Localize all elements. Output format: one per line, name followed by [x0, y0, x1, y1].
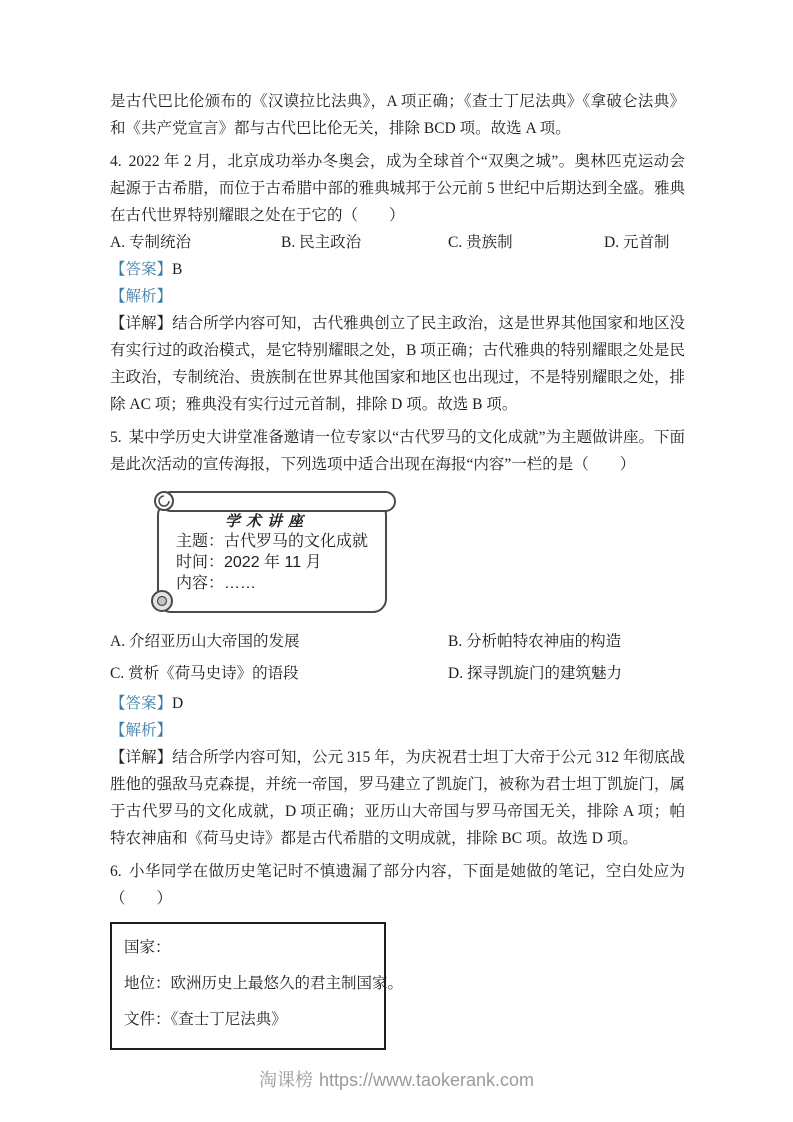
question-5-detail: 【详解】结合所学内容可知，公元 315 年，为庆祝君士坦丁大帝于公元 312 年… — [110, 744, 685, 852]
question-6-text: 小华同学在做历史笔记时不慎遗漏了部分内容，下面是她做的笔记，空白处应为（ ） — [110, 863, 685, 907]
question-5-stem: 5.某中学历史大讲堂准备邀请一位专家以“古代罗马的文化成就”为主题做讲座。下面是… — [110, 424, 685, 478]
question-5-option-b: B. 分析帕特农神庙的构造 — [448, 628, 621, 655]
detail-label: 【详解】 — [110, 315, 172, 332]
history-note-box: 国家： 地位：欧洲历史上最悠久的君主制国家。 文件：《查士丁尼法典》 — [110, 922, 386, 1050]
previous-answer-tail: 是古代巴比伦颁布的《汉谟拉比法典》，A 项正确；《查士丁尼法典》《拿破仑法典》和… — [110, 88, 685, 142]
question-4-stem: 4.2022 年 2 月，北京成功举办冬奥会，成为全球首个“双奥之城”。奥林匹克… — [110, 148, 685, 229]
question-4-answer-line: 【答案】B — [110, 256, 685, 283]
answer-label: 【答案】 — [110, 261, 172, 278]
note-status-line: 地位：欧洲历史上最悠久的君主制国家。 — [124, 966, 372, 1002]
question-5-detail-text: 结合所学内容可知，公元 315 年，为庆祝君士坦丁大帝于公元 312 年彻底战胜… — [110, 749, 685, 847]
page-footer: 淘课榜https://www.taokerank.com — [0, 1066, 793, 1092]
question-6-stem: 6.小华同学在做历史笔记时不慎遗漏了部分内容，下面是她做的笔记，空白处应为（ ） — [110, 858, 685, 912]
question-5-option-c: C. 赏析《荷马史诗》的语段 — [110, 660, 299, 687]
document-body: 是古代巴比伦颁布的《汉谟拉比法典》，A 项正确；《查士丁尼法典》《拿破仑法典》和… — [110, 88, 685, 1050]
question-4-options: A. 专制统治 B. 民主政治 C. 贵族制 D. 元首制 — [110, 229, 685, 256]
question-5-answer-value: D — [172, 695, 183, 712]
question-4-option-d: D. 元首制 — [604, 229, 669, 256]
question-4-analysis-line: 【解析】 — [110, 283, 685, 310]
answer-label: 【答案】 — [110, 695, 172, 712]
note-document-line: 文件：《查士丁尼法典》 — [124, 1002, 372, 1038]
question-5-options: A. 介绍亚历山大帝国的发展 B. 分析帕特农神庙的构造 C. 赏析《荷马史诗》… — [110, 626, 685, 690]
question-4-option-a: A. 专制统治 — [110, 229, 191, 256]
question-5-text: 某中学历史大讲堂准备邀请一位专家以“古代罗马的文化成就”为主题做讲座。下面是此次… — [110, 429, 685, 473]
analysis-label: 【解析】 — [110, 722, 172, 739]
question-5-answer-line: 【答案】D — [110, 690, 685, 717]
question-4-option-b: B. 民主政治 — [281, 229, 361, 256]
question-4-option-c: C. 贵族制 — [448, 229, 513, 256]
question-5-option-a: A. 介绍亚历山大帝国的发展 — [110, 628, 299, 655]
lecture-poster: 学术讲座 主题：古代罗马的文化成就 时间：2022 年 11 月 内容：…… — [148, 486, 400, 616]
question-6-number: 6. — [110, 863, 122, 880]
question-4-number: 4. — [110, 153, 122, 170]
poster-content-line: 内容：…… — [176, 570, 256, 597]
analysis-label: 【解析】 — [110, 288, 172, 305]
detail-label: 【详解】 — [110, 749, 172, 766]
question-4-answer-value: B — [172, 261, 182, 278]
question-4-text: 2022 年 2 月，北京成功举办冬奥会，成为全球首个“双奥之城”。奥林匹克运动… — [110, 153, 685, 224]
question-5-number: 5. — [110, 429, 122, 446]
footer-site-name: 淘课榜 — [259, 1070, 313, 1090]
note-country-line: 国家： — [124, 930, 372, 966]
footer-url: https://www.taokerank.com — [319, 1070, 534, 1090]
question-4-detail-text: 结合所学内容可知，古代雅典创立了民主政治，这是世界其他国家和地区没有实行过的政治… — [110, 315, 685, 413]
question-5-option-d: D. 探寻凯旋门的建筑魅力 — [448, 660, 622, 687]
question-4-detail: 【详解】结合所学内容可知，古代雅典创立了民主政治，这是世界其他国家和地区没有实行… — [110, 310, 685, 418]
question-5-analysis-line: 【解析】 — [110, 717, 685, 744]
